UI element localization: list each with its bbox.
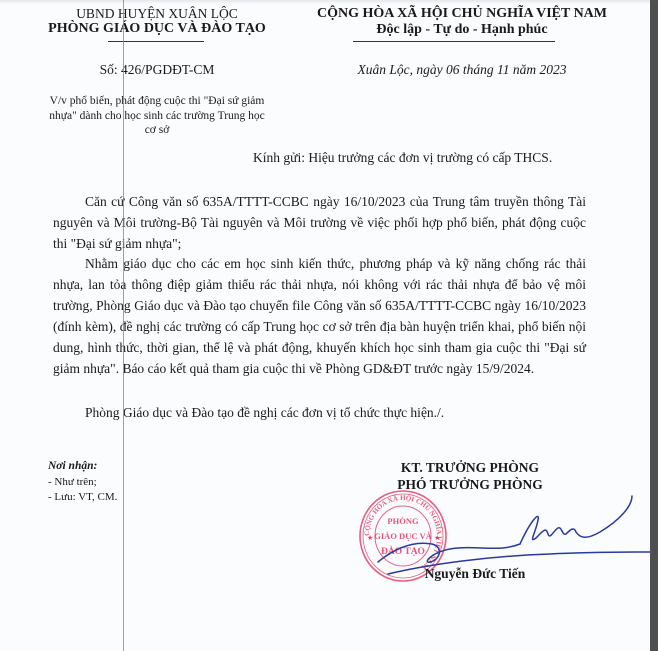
org-name: PHÒNG GIÁO DỤC VÀ ĐÀO TẠO — [47, 21, 267, 37]
motto-underline — [353, 41, 555, 42]
recipients-item: - Như trên; — [48, 476, 97, 488]
recipients-item: - Lưu: VT, CM. — [48, 491, 117, 503]
body-paragraph: Căn cứ Công văn số 635A/TTTT-CCBC ngày 1… — [53, 191, 586, 254]
national-motto: Độc lập - Tự do - Hạnh phúc — [292, 22, 632, 38]
recipients-title: Nơi nhận: — [48, 460, 97, 472]
viewer-right-edge[interactable] — [650, 0, 658, 651]
signer-name: Nguyễn Đức Tiến — [340, 566, 600, 582]
document-number: Số: 426/PGDĐT-CM — [47, 62, 267, 78]
place-date: Xuân Lộc, ngày 06 tháng 11 năm 2023 — [292, 62, 632, 78]
viewer-guide-line — [123, 0, 124, 651]
signature-title-primary: KT. TRƯỞNG PHÒNG — [340, 460, 600, 476]
org-parent: UBND HUYỆN XUÂN LỘC — [47, 6, 267, 22]
body-paragraph: Nhằm giáo dục cho các em học sinh kiến t… — [53, 253, 586, 379]
document-subject: V/v phổ biến, phát động cuộc thi "Đại sứ… — [47, 94, 267, 138]
body-paragraph: Phòng Giáo dục và Đào tạo đề nghị các đơ… — [53, 402, 586, 423]
document-page: UBND HUYỆN XUÂN LỘC PHÒNG GIÁO DỤC VÀ ĐÀ… — [0, 0, 650, 651]
recipient-line: Kính gửi: Hiệu trưởng các đơn vị trường … — [0, 150, 650, 166]
signature-title-secondary: PHÓ TRƯỞNG PHÒNG — [340, 477, 600, 493]
national-title: CỘNG HÒA XÃ HỘI CHỦ NGHĨA VIỆT NAM — [292, 6, 632, 22]
